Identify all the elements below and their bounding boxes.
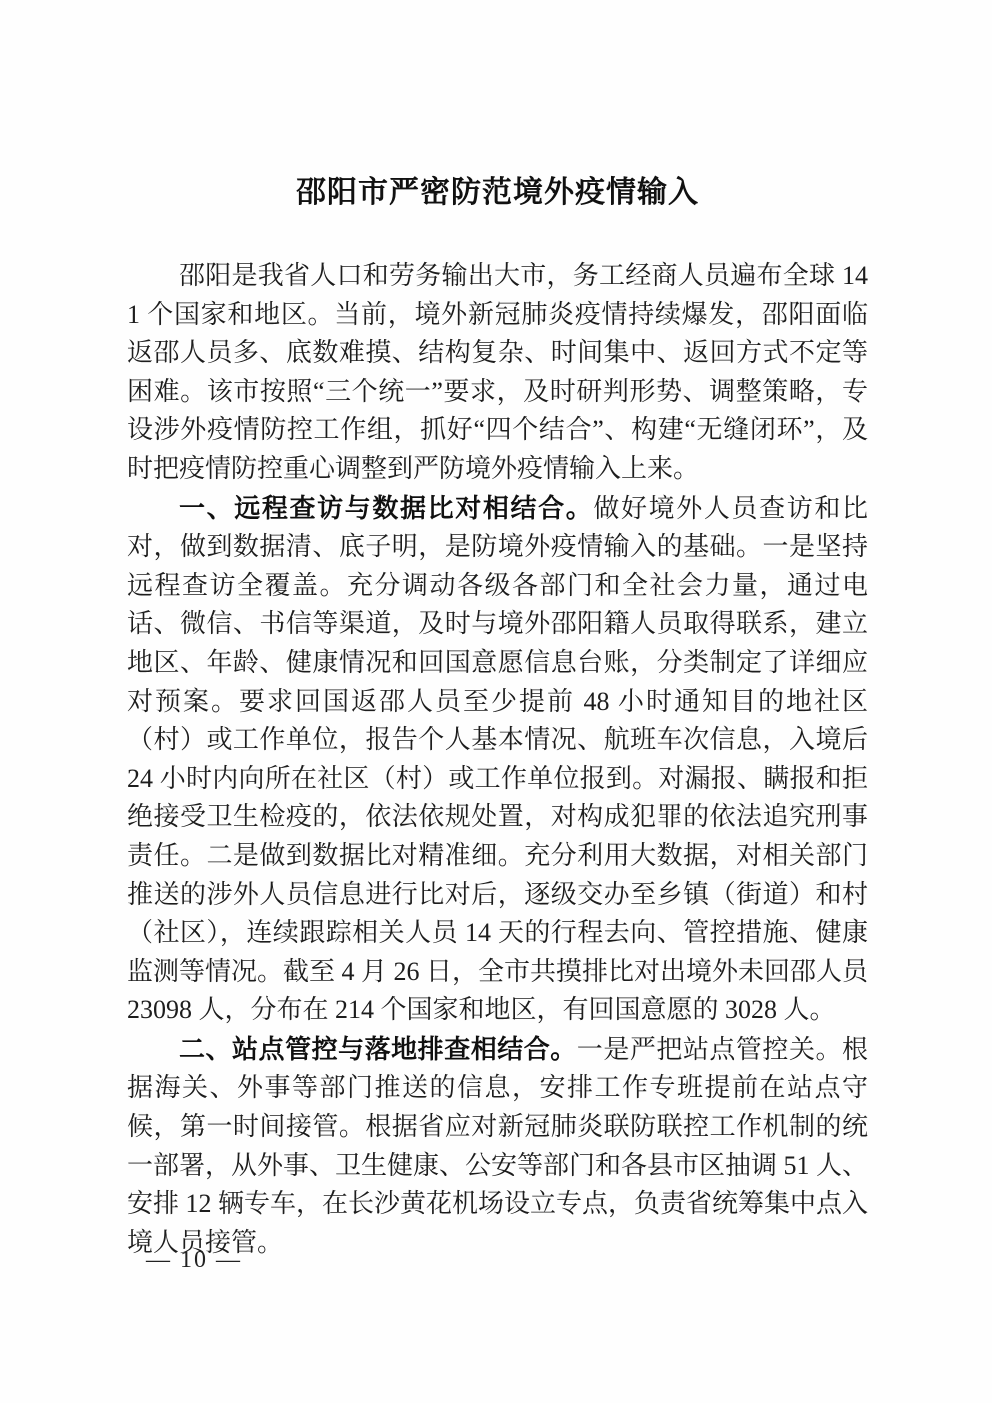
paragraph-text: 做好境外人员查访和比对，做到数据清、底子明，是防境外疫情输入的基础。一是坚持远程… [127, 494, 868, 1025]
paragraph-section-2: 二、站点管控与落地排查相结合。一是严把站点管控关。根据海关、外事等部门推送的信息… [127, 1030, 868, 1263]
paragraph-section-1: 一、远程查访与数据比对相结合。做好境外人员查访和比对，做到数据清、底子明，是防境… [127, 489, 868, 1030]
section-heading: 二、站点管控与落地排查相结合。 [179, 1034, 577, 1064]
document-content: 邵阳市严密防范境外疫情输入 邵阳是我省人口和劳务输出大市，务工经商人员遍布全球 … [127, 0, 868, 1262]
document-body: 邵阳是我省人口和劳务输出大市，务工经商人员遍布全球 141 个国家和地区。当前，… [127, 256, 868, 1262]
section-heading: 一、远程查访与数据比对相结合。 [179, 493, 593, 523]
paragraph-text: 邵阳是我省人口和劳务输出大市，务工经商人员遍布全球 141 个国家和地区。当前，… [127, 261, 868, 483]
document-page: 邵阳市严密防范境外疫情输入 邵阳是我省人口和劳务输出大市，务工经商人员遍布全球 … [0, 0, 992, 1403]
page-title: 邵阳市严密防范境外疫情输入 [127, 176, 868, 210]
paragraph-intro: 邵阳是我省人口和劳务输出大市，务工经商人员遍布全球 141 个国家和地区。当前，… [127, 256, 868, 489]
page-number: — 10 — [146, 1247, 242, 1274]
paragraph-text: 一是严把站点管控关。根据海关、外事等部门推送的信息，安排工作专班提前在站点守候，… [127, 1035, 868, 1257]
